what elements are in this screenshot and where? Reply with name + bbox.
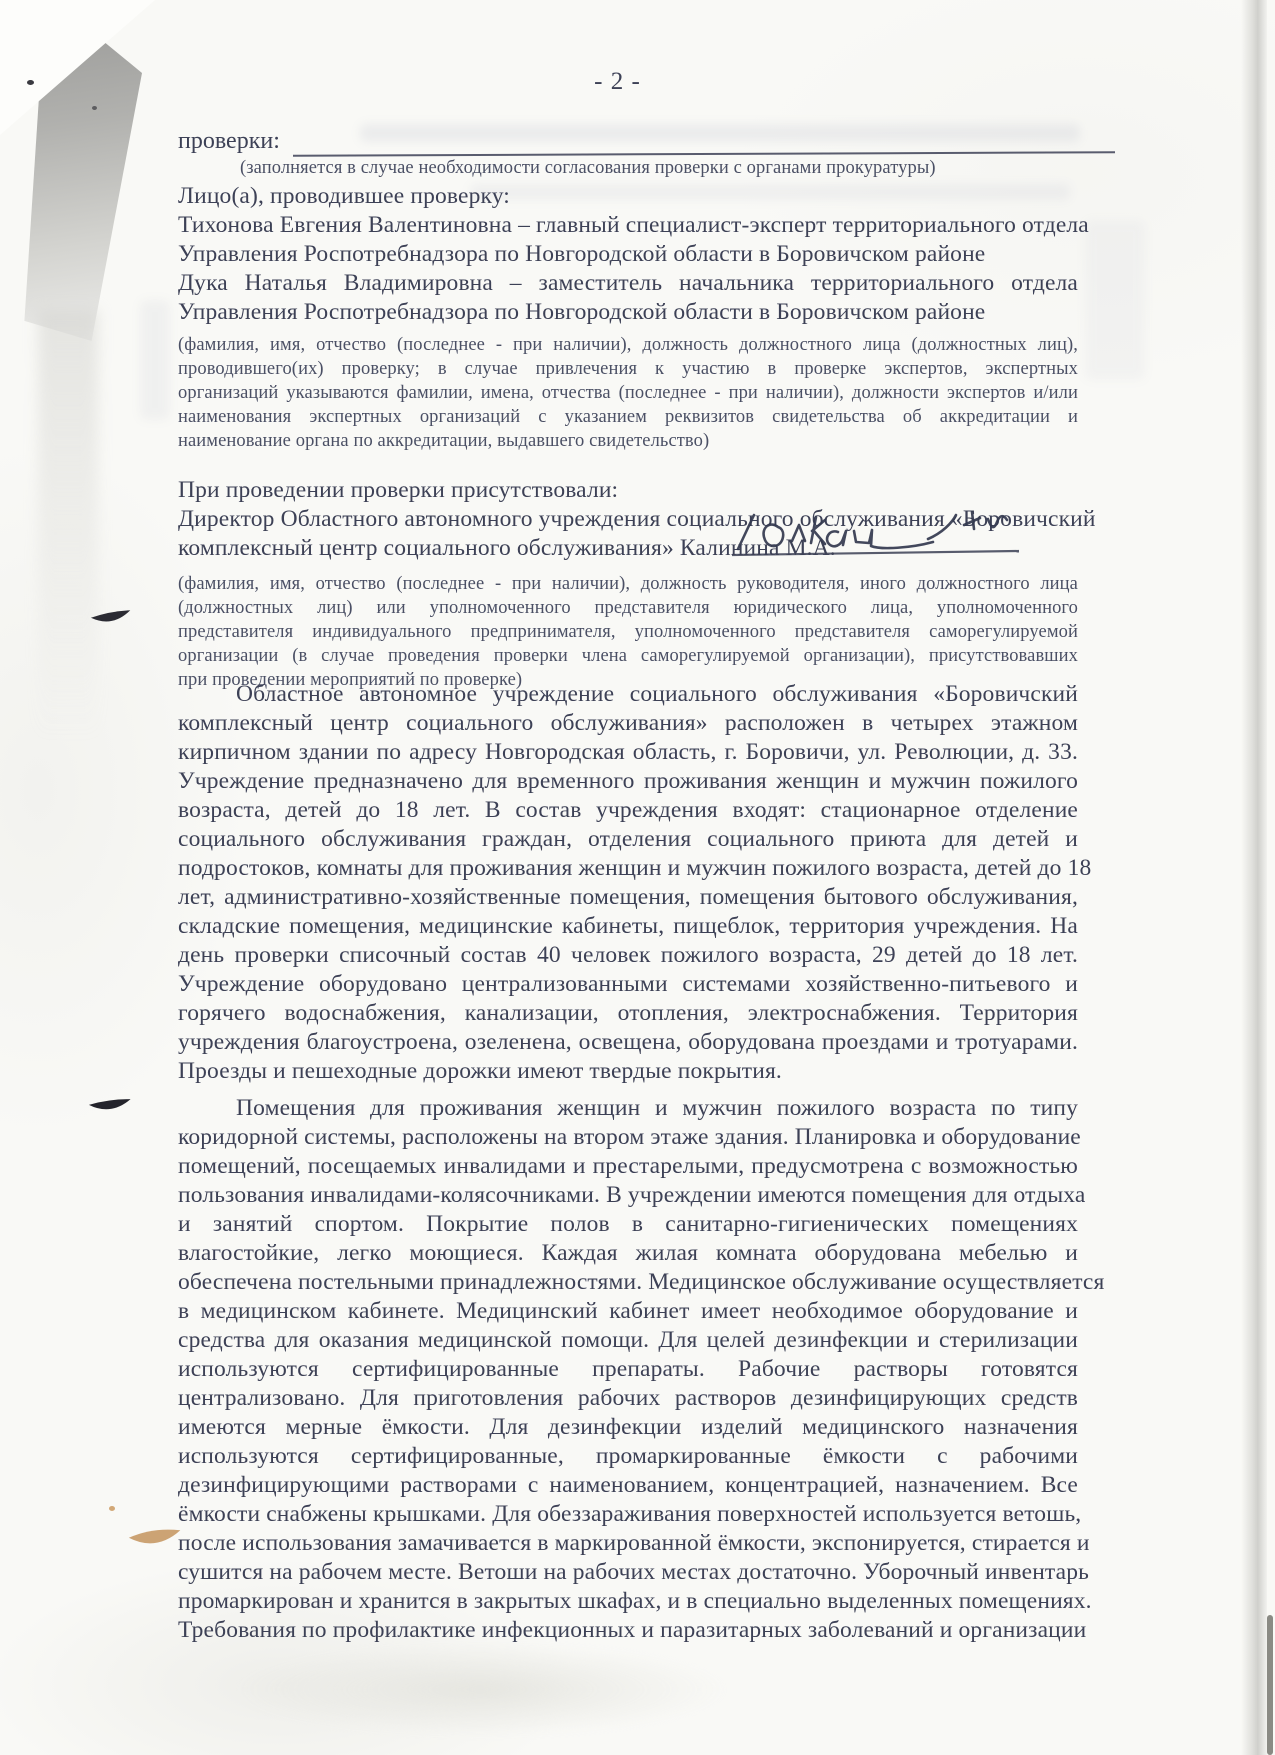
proverki-label: проверки: bbox=[178, 128, 280, 154]
text-line: Помещения для проживания женщин и мужчин… bbox=[178, 1094, 1078, 1123]
text-line: влагостойкие, легко моющиеся. Каждая жил… bbox=[178, 1239, 1078, 1268]
proverki-field-row: проверки: bbox=[178, 126, 1078, 156]
bleed-through-artifact bbox=[1085, 220, 1145, 380]
text-line: помещений, посещаемых инвалидами и прест… bbox=[178, 1152, 1078, 1181]
proverki-hint: (заполняется в случае необходимости согл… bbox=[240, 156, 1078, 180]
text-line: после использования замачивается в марки… bbox=[178, 1529, 1078, 1558]
text-line: день проверки списочный состав 40 челове… bbox=[178, 941, 1078, 970]
text-line: социального обслуживания граждан, отделе… bbox=[178, 825, 1078, 854]
section-attendees: При проведении проверки присутствовали: … bbox=[178, 476, 1078, 692]
blank-fill-line bbox=[293, 151, 1115, 157]
footnote-line: наименование органа по аккредитации, выд… bbox=[178, 429, 1078, 453]
text-line: лет, административно-хозяйственные помещ… bbox=[178, 883, 1078, 912]
text-line: возраста, детей до 18 лет. В состав учре… bbox=[178, 796, 1078, 825]
text-line: используются сертифицированные, промарки… bbox=[178, 1442, 1078, 1471]
footnote-line: организаций указываются фамилии, имена, … bbox=[178, 381, 1078, 405]
page-number: - 2 - bbox=[0, 68, 1235, 96]
text-line: дезинфицирующими растворами с наименован… bbox=[178, 1471, 1078, 1500]
person-line: Дука Наталья Владимировна – заместитель … bbox=[178, 269, 1078, 298]
page-edge-dark-sliver bbox=[1267, 1615, 1273, 1755]
text-line: обеспечена постельными принадлежностями.… bbox=[178, 1268, 1078, 1297]
person-line: Управления Роспотребнадзора по Новгородс… bbox=[178, 240, 1078, 269]
scan-speck bbox=[92, 106, 97, 110]
person-line: Тихонова Евгения Валентиновна – главный … bbox=[178, 211, 1078, 240]
page-edge-shadow bbox=[1241, 0, 1267, 1755]
footnote-line: (должностных лиц) или уполномоченного пр… bbox=[178, 596, 1078, 620]
text-line: кирпичном здании по адресу Новгородская … bbox=[178, 738, 1078, 767]
signature-area bbox=[732, 505, 1032, 563]
text-line: ёмкости снабжены крышками. Для обеззараж… bbox=[178, 1500, 1078, 1529]
section-proverki: проверки: (заполняется в случае необходи… bbox=[178, 126, 1078, 453]
text-line: подростоков, комнаты для проживания женщ… bbox=[178, 854, 1078, 883]
text-line: промаркирован и хранится в закрытых шкаф… bbox=[178, 1587, 1078, 1616]
text-line: в медицинском кабинете. Медицинский каби… bbox=[178, 1297, 1078, 1326]
text-line: пользования инвалидами-колясочниками. В … bbox=[178, 1181, 1078, 1210]
text-line: складские помещения, медицинские кабинет… bbox=[178, 912, 1078, 941]
person-line: Управления Роспотребнадзора по Новгородс… bbox=[178, 298, 1078, 327]
text-line: учреждения благоустроена, озеленена, осв… bbox=[178, 1028, 1078, 1057]
stain-speck bbox=[109, 1506, 115, 1511]
footnote-line: организации (в случае проведения проверк… bbox=[178, 644, 1078, 668]
text-line: средства для оказания медицинской помощи… bbox=[178, 1326, 1078, 1355]
text-line: Проезды и пешеходные дорожки имеют тверд… bbox=[178, 1057, 1078, 1086]
text-line: горячего водоснабжения, канализации, ото… bbox=[178, 999, 1078, 1028]
stain-mark bbox=[127, 1523, 183, 1553]
fold-shadow-streak bbox=[38, 310, 98, 740]
bleed-through-artifact bbox=[230, 1642, 730, 1737]
text-line: и занятий спортом. Покрытие полов в сани… bbox=[178, 1210, 1078, 1239]
text-line: комплексный центр социального обслуживан… bbox=[178, 709, 1078, 738]
bleed-through-artifact bbox=[140, 300, 170, 420]
text-line: Учреждение предназначено для временного … bbox=[178, 767, 1078, 796]
footnote-line: наименования экспертных организаций с ук… bbox=[178, 405, 1078, 429]
text-line: имеются мерные ёмкости. Для дезинфекции … bbox=[178, 1413, 1078, 1442]
text-line: сушится на рабочем месте. Ветоши на рабо… bbox=[178, 1558, 1078, 1587]
text-line: коридорной системы, расположены на второ… bbox=[178, 1123, 1078, 1152]
paragraph-facility-description: Областное автономное учреждение социальн… bbox=[178, 680, 1078, 1086]
text-line: Требования по профилактике инфекционных … bbox=[178, 1616, 1078, 1645]
text-line: Областное автономное учреждение социальн… bbox=[178, 680, 1078, 709]
paragraph-premises-description: Помещения для проживания женщин и мужчин… bbox=[178, 1094, 1078, 1645]
footnote-line: (фамилия, имя, отчество (последнее - при… bbox=[178, 572, 1078, 596]
handwritten-signature bbox=[732, 505, 1032, 563]
footnote-line: (фамилия, имя, отчество (последнее - при… bbox=[178, 333, 1078, 357]
scanned-document-page: - 2 - проверки: (заполняется в случае не… bbox=[0, 0, 1275, 1755]
text-line: централизовано. Для приготовления рабочи… bbox=[178, 1384, 1078, 1413]
text-line: используются сертифицированные препараты… bbox=[178, 1355, 1078, 1384]
persons-label: Лицо(а), проводившее проверку: bbox=[178, 182, 1078, 211]
attendees-label: При проведении проверки присутствовали: bbox=[178, 476, 1078, 505]
footnote-line: представителя индивидуального предприним… bbox=[178, 620, 1078, 644]
text-line: Учреждение оборудовано централизованными… bbox=[178, 970, 1078, 999]
hole-punch-mark bbox=[87, 1094, 132, 1116]
footnote-line: проводившего(их) проверку; в случае прив… bbox=[178, 357, 1078, 381]
